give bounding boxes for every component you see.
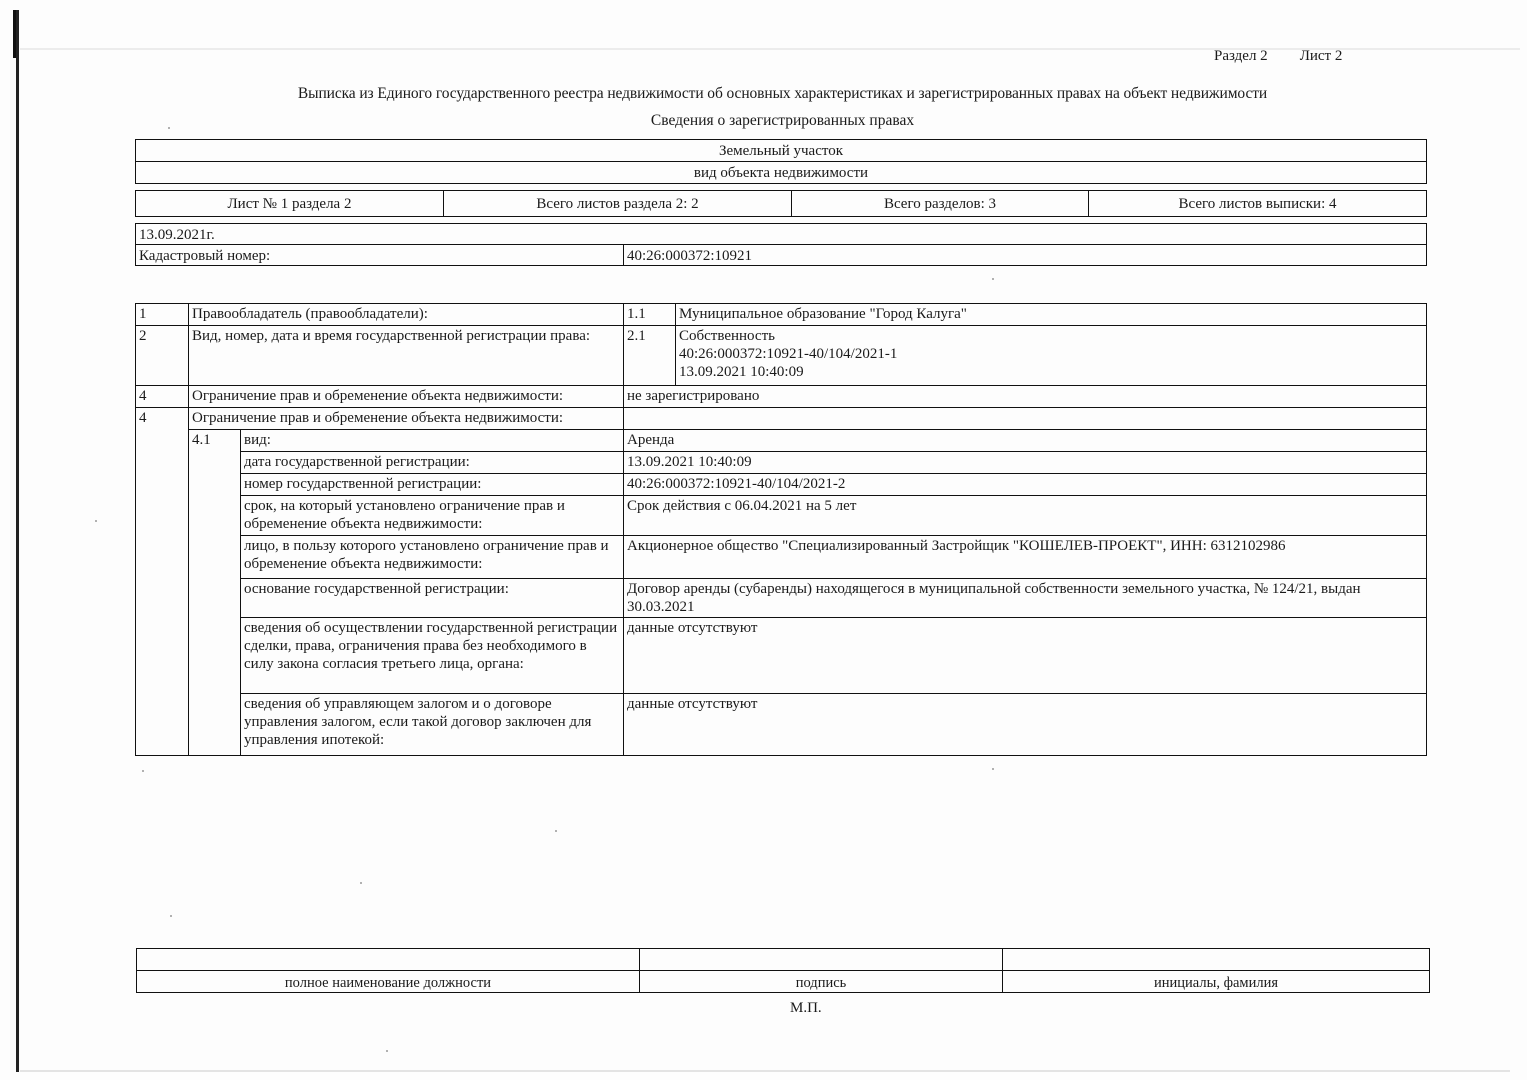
name-field — [1003, 949, 1430, 971]
item-value: Срок действия с 06.04.2021 на 5 лет — [624, 496, 1427, 536]
scan-speck — [992, 278, 994, 280]
signature-table: полное наименование должности подпись ин… — [136, 948, 1430, 993]
signature-caption: подпись — [640, 971, 1003, 993]
item-label: сведения об осуществлении государственно… — [241, 618, 624, 694]
row-label: Ограничение прав и обременение объекта н… — [189, 408, 624, 430]
cadastre-table: 13.09.2021г. Кадастровый номер: 40:26:00… — [135, 223, 1427, 266]
rights-table: 1 Правообладатель (правообладатели): 1.1… — [135, 303, 1427, 756]
object-type-label: вид объекта недвижимости — [136, 162, 1427, 184]
stamp-place: М.П. — [790, 1000, 822, 1017]
document-subtitle: Сведения о зарегистрированных правах — [0, 112, 1527, 130]
scan-speck — [555, 830, 557, 832]
registration-number: 40:26:000372:10921-40/104/2021-1 — [679, 345, 1423, 363]
table-row: номер государственной регистрации: 40:26… — [136, 474, 1427, 496]
scan-speck — [142, 770, 144, 772]
item-value: 13.09.2021 10:40:09 — [624, 452, 1427, 474]
item-value: данные отсутствуют — [624, 618, 1427, 694]
cadastral-number-label: Кадастровый номер: — [136, 245, 624, 266]
item-label: основание государственной регистрации: — [241, 579, 624, 618]
scan-speck — [170, 915, 172, 917]
row-number: 4 — [136, 408, 189, 756]
right-type: Собственность — [679, 327, 1423, 345]
scan-speck — [360, 882, 362, 884]
object-type-table: Земельный участок вид объекта недвижимос… — [135, 139, 1427, 184]
row-label: Правообладатель (правообладатели): — [189, 304, 624, 326]
table-row: основание государственной регистрации: Д… — [136, 579, 1427, 618]
name-caption: инициалы, фамилия — [1003, 971, 1430, 993]
table-row: дата государственной регистрации: 13.09.… — [136, 452, 1427, 474]
document-title: Выписка из Единого государственного реес… — [0, 85, 1527, 103]
restriction-value: не зарегистрировано — [624, 386, 1427, 408]
sheet-of-section: Лист № 1 раздела 2 — [136, 191, 444, 217]
table-row: 4.1 вид: Аренда — [136, 430, 1427, 452]
row-subnumber: 1.1 — [624, 304, 676, 326]
total-sections: Всего разделов: 3 — [792, 191, 1089, 217]
table-row: 2 Вид, номер, дата и время государственн… — [136, 326, 1427, 386]
table-row: срок, на который установлено ограничение… — [136, 496, 1427, 536]
section-number: Раздел 2 — [1214, 48, 1268, 65]
row-subnumber: 4.1 — [189, 430, 241, 756]
scan-speck — [95, 520, 97, 522]
cadastral-number-value: 40:26:000372:10921 — [624, 245, 1427, 266]
registration-datetime: 13.09.2021 10:40:09 — [679, 363, 1423, 381]
item-label: сведения об управляющем залогом и о дого… — [241, 694, 624, 756]
object-type-value: Земельный участок — [136, 140, 1427, 162]
sheet-info-table: Лист № 1 раздела 2 Всего листов раздела … — [135, 190, 1427, 217]
row-label: Ограничение прав и обременение объекта н… — [189, 386, 624, 408]
scan-speck — [386, 1050, 388, 1052]
scan-speck — [168, 127, 170, 129]
document-page: Раздел 2 Лист 2 Выписка из Единого госуд… — [0, 0, 1527, 1080]
row-subnumber: 2.1 — [624, 326, 676, 386]
table-row: сведения об осуществлении государственно… — [136, 618, 1427, 694]
item-value: Аренда — [624, 430, 1427, 452]
total-sheets-extract: Всего листов выписки: 4 — [1089, 191, 1427, 217]
item-value: Договор аренды (субаренды) находящегося … — [624, 579, 1427, 618]
extract-date: 13.09.2021г. — [136, 224, 1427, 245]
item-label: срок, на который установлено ограничение… — [241, 496, 624, 536]
table-row: 4 Ограничение прав и обременение объекта… — [136, 386, 1427, 408]
row-label: Вид, номер, дата и время государственной… — [189, 326, 624, 386]
table-row: 1 Правообладатель (правообладатели): 1.1… — [136, 304, 1427, 326]
scan-edge-bottom — [20, 1070, 1510, 1072]
row-number: 1 — [136, 304, 189, 326]
table-row: 4 Ограничение прав и обременение объекта… — [136, 408, 1427, 430]
row-number: 2 — [136, 326, 189, 386]
scan-speck — [992, 768, 994, 770]
table-row: сведения об управляющем залогом и о дого… — [136, 694, 1427, 756]
total-sheets-section: Всего листов раздела 2: 2 — [444, 191, 792, 217]
item-label: вид: — [241, 430, 624, 452]
registration-value: Собственность 40:26:000372:10921-40/104/… — [676, 326, 1427, 386]
item-label: дата государственной регистрации: — [241, 452, 624, 474]
position-caption: полное наименование должности — [137, 971, 640, 993]
item-value: Акционерное общество "Специализированный… — [624, 536, 1427, 579]
item-value: данные отсутствуют — [624, 694, 1427, 756]
sheet-number: Лист 2 — [1300, 48, 1343, 65]
position-field — [137, 949, 640, 971]
table-row: лицо, в пользу которого установлено огра… — [136, 536, 1427, 579]
page-header-meta: Раздел 2 Лист 2 — [1214, 48, 1342, 65]
scan-edge-left — [16, 10, 19, 1072]
item-value: 40:26:000372:10921-40/104/2021-2 — [624, 474, 1427, 496]
signature-field — [640, 949, 1003, 971]
item-label: лицо, в пользу которого установлено огра… — [241, 536, 624, 579]
row-number: 4 — [136, 386, 189, 408]
item-label: номер государственной регистрации: — [241, 474, 624, 496]
right-holder-value: Муниципальное образование "Город Калуга" — [676, 304, 1427, 326]
